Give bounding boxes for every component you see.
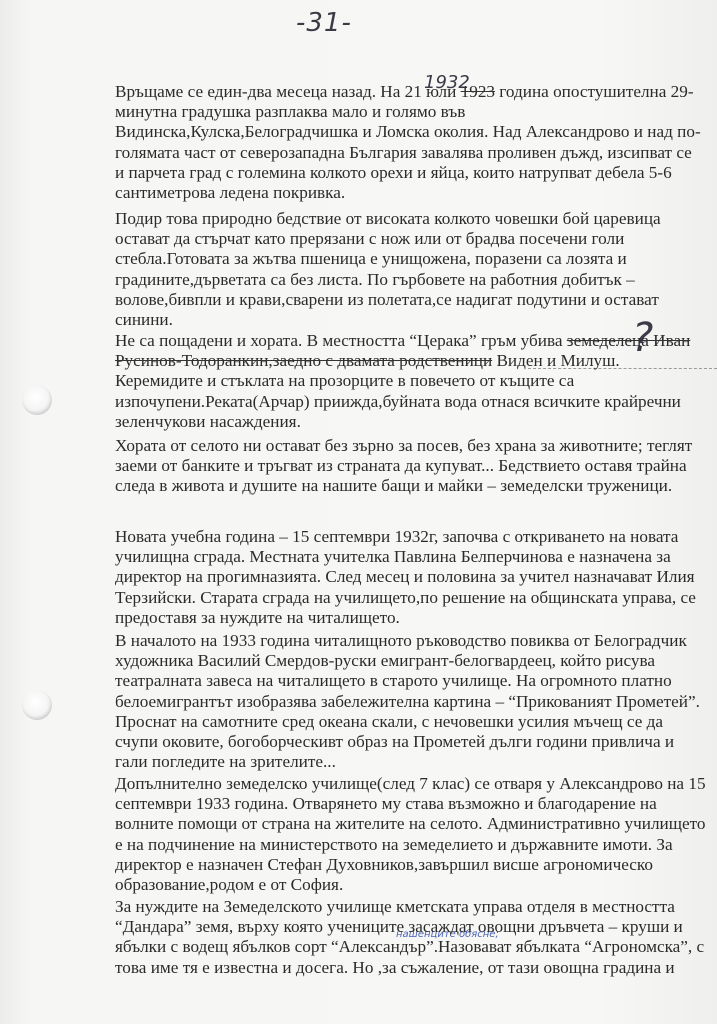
text-line: училищна сграда. Местната учителка Павли… <box>115 547 675 567</box>
text-line: Хората от селото ни остават без зърно за… <box>115 436 675 456</box>
paragraph-agricultural-school: Допълнително земеделско училище(след 7 к… <box>115 774 675 895</box>
paragraph-orchard: За нуждите на Земеделското училище кметс… <box>115 897 675 978</box>
punch-hole-bottom <box>22 690 52 720</box>
text-line: ябълки с водещ ябълков сорт “Александър”… <box>115 937 675 957</box>
text-line: септември 1933 година. Отварянето му ста… <box>115 794 675 814</box>
text-line: За нуждите на Земеделското училище кметс… <box>115 897 675 917</box>
text-line: синини. <box>115 310 675 330</box>
text-line: това име тя е известна и досега. Но ,за … <box>115 958 675 978</box>
text-line: зеленчукови насаждения. <box>115 412 675 432</box>
text-line: заеми от банките и тръгват из страната д… <box>115 456 675 476</box>
text-line: изпочупени.Реката(Арчар) прииждa,буйната… <box>115 392 675 412</box>
text-line: и парчета град с големина колкото орехи … <box>115 163 675 183</box>
text-line: счупи оковите, богоборческивт образ на П… <box>115 732 675 752</box>
paragraph-school-year: Новата учебна година – 15 септември 1932… <box>115 527 675 628</box>
text-line: Новата учебна година – 15 септември 1932… <box>115 527 675 547</box>
text-line: минутна градушка разплаква мало и голямо… <box>115 102 675 122</box>
text-line: директор е назначен Стефан Духовников,за… <box>115 855 675 875</box>
text-line: белоемигрантът изобразява забележителна … <box>115 692 675 712</box>
text-line: следа в живота и душите на нашите бащи и… <box>115 476 675 496</box>
paragraph-hailstorm: Връщаме се един-два месеца назад. На 21 … <box>115 82 675 203</box>
text-line: “Дандара” земя, върху която учениците за… <box>115 917 675 937</box>
text-line: остават да стърчат като прерязани с нож … <box>115 229 675 249</box>
text-line: художника Василий Смердов-руски емигрант… <box>115 651 675 671</box>
text-line: Връщаме се един-два месеца назад. На 21 … <box>115 82 675 102</box>
paragraph-people-affected: Не са пощадени и хората. В местността “Ц… <box>115 331 675 432</box>
scanned-page: -31- 1932 ? нашенците обясне; Връщаме се… <box>0 0 717 1024</box>
text-line: сантиметрова ледена покривка. <box>115 183 675 203</box>
text-line: В началото на 1933 година читалищното ръ… <box>115 631 675 651</box>
paragraph-consequences: Хората от селото ни остават без зърно за… <box>115 436 675 497</box>
struck-year: 1923 <box>461 82 495 101</box>
text-line: образование,родом е от София. <box>115 875 675 895</box>
text-line: предоставя за нуждите на читалището. <box>115 608 675 628</box>
text-line: волове,бивпли и крави,сварени из полетат… <box>115 290 675 310</box>
text-line: директор на прогимназията. След месец и … <box>115 567 675 587</box>
text-line: Русинов-Тодоранкин,заедно с двамата родс… <box>115 351 675 371</box>
page-number: -31- <box>296 8 352 38</box>
text-line: Видинска,Кулска,Белоградчишка и Ломска о… <box>115 122 675 142</box>
text-line: Терзийски. Старата сграда на училището,п… <box>115 588 675 608</box>
paragraph-aftermath: Подир това природно бедствие от високата… <box>115 209 675 330</box>
text-line: волните помощи от страна на жителите на … <box>115 814 675 834</box>
text-line: Не са пощадени и хората. В местността “Ц… <box>115 331 675 351</box>
punch-hole-top <box>22 385 52 415</box>
text-line: градините,дърветата са без листа. По гър… <box>115 270 675 290</box>
text-line: е на подчинение на министерството на зем… <box>115 835 675 855</box>
text-line: Керемидите и стъклата на прозорците в по… <box>115 371 675 391</box>
text-line: голямата част от северозападна България … <box>115 143 675 163</box>
text-line: гали погледите на зрителите... <box>115 752 675 772</box>
text-line: Проснат на самотните сред океана скали, … <box>115 712 675 732</box>
text-line: Подир това природно бедствие от високата… <box>115 209 675 229</box>
text-line: стебла.Готовата за жътва пшеница е унищо… <box>115 249 675 269</box>
text-line: театралната завеса на читалището в старо… <box>115 671 675 691</box>
text-line: Допълнително земеделско училище(след 7 к… <box>115 774 675 794</box>
paragraph-theatre-curtain: В началото на 1933 година читалищното ръ… <box>115 631 675 772</box>
